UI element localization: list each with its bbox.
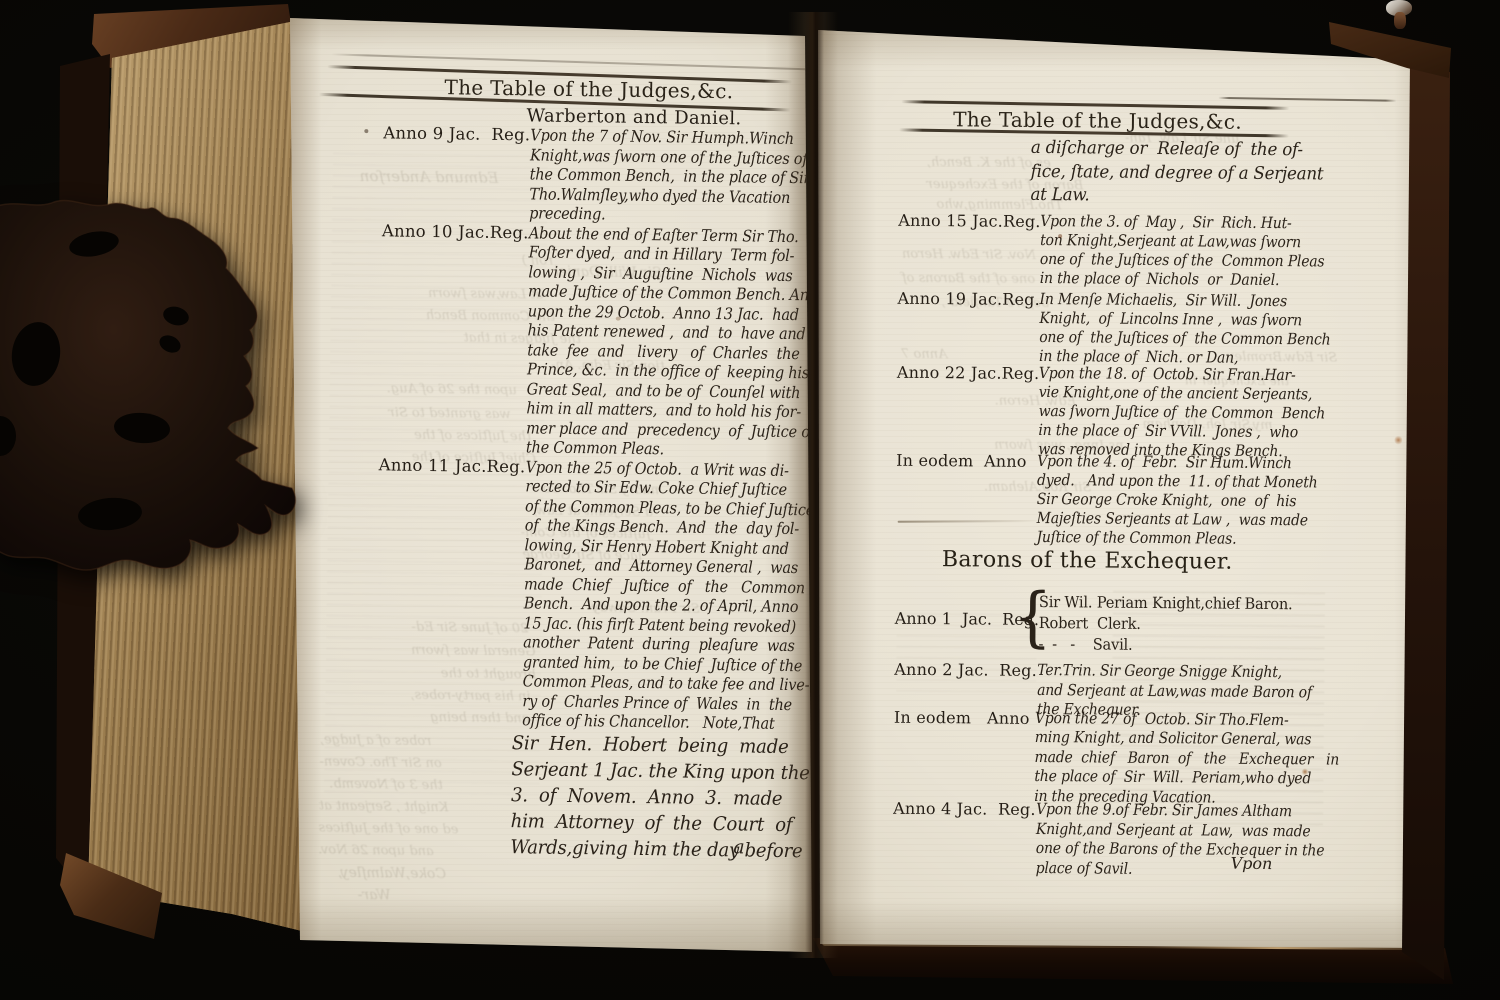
header-rule-faint bbox=[331, 53, 812, 74]
text-line: dyed. And upon the 11. of that Moneth bbox=[1037, 471, 1288, 492]
entry-label: Anno 22 Jac.Reg. bbox=[897, 363, 1040, 383]
header-rule-short bbox=[1218, 97, 1396, 102]
text-line: him Attorney of the Court of bbox=[511, 808, 771, 838]
text-line: in the place of Nichols or Daniel. bbox=[1040, 269, 1290, 290]
table-entry: Anno 9 Jac. Reg.Vpon the 7 of Nov. Sir H… bbox=[382, 123, 793, 226]
entry-lines: Vpon the 27 of Octob. Sir Tho.Flem-ming … bbox=[1034, 708, 1314, 808]
brace-lines: Sir Wil. Periam Knight,chief Baron. Robe… bbox=[1038, 592, 1308, 657]
text-line: ton Knight,Serjeant at Law,was ſworn bbox=[1040, 231, 1290, 252]
text-line: - - - Savil. bbox=[1038, 634, 1292, 657]
entry-label: Anno 10 Jac.Reg. bbox=[382, 221, 529, 243]
text-line: Vpon the 27 of Octob. Sir Tho.Flem- bbox=[1035, 708, 1286, 730]
text-line: ming Knight, and Solicitor General, was bbox=[1035, 728, 1286, 750]
catchword: a bbox=[733, 836, 745, 858]
gutter-shadow bbox=[788, 12, 838, 958]
table-entry: Anno 10 Jac.Reg.About the end of Eaſter … bbox=[379, 221, 792, 461]
entry-lines: In Menſe Michaelis, Sir Will. JonesKnigh… bbox=[1039, 290, 1317, 368]
entry-lines: Vpon the 7 of Nov. Sir Humph.WinchKnight… bbox=[529, 125, 793, 226]
text-line: Majeſties Serjeants at Law , was made bbox=[1037, 509, 1288, 530]
text-line: Vpon the 9.of Febr. Sir James Altham bbox=[1036, 800, 1286, 822]
bleedthrough-text: Coke,Walmſley, bbox=[338, 865, 446, 883]
table-entry: In eodem AnnoVpon the 27 of Octob. Sir T… bbox=[893, 707, 1314, 808]
foxing-spot bbox=[1394, 435, 1402, 445]
text-line: Robert Clerk. bbox=[1039, 613, 1293, 636]
metal-clasp bbox=[0, 188, 302, 588]
entry-label: Anno 11 Jac.Reg. bbox=[379, 455, 526, 477]
entry-lines: Vpon the 3. of May , Sir Rich. Hut-ton K… bbox=[1040, 212, 1318, 290]
left-page: Edmund Anderſonron )Sir Will. Danielat L… bbox=[290, 12, 812, 962]
text-line: at Law. bbox=[1030, 184, 1323, 210]
entry-lines: Vpon the 25 of Octob. a Writ was di-rect… bbox=[522, 457, 789, 734]
table-entry: Anno 22 Jac.Reg.Vpon the 18. of Octob. S… bbox=[896, 363, 1317, 462]
left-ghost-layer: Edmund Anderſonron )Sir Will. Danielat L… bbox=[290, 12, 812, 19]
entry-label: In eodem Anno bbox=[896, 451, 1037, 471]
text-line: a diſcharge or Releaſe of the of- bbox=[1031, 137, 1324, 163]
table-entry: Anno 15 Jac.Reg.Vpon the 3. of May , Sir… bbox=[898, 211, 1319, 291]
text-line: Sir Wil. Periam Knight,chief Baron. bbox=[1039, 592, 1293, 615]
text-line: Juſtice of the Common Pleas. bbox=[1036, 528, 1287, 549]
left-page-entries: Anno 9 Jac. Reg.Vpon the 7 of Nov. Sir H… bbox=[373, 123, 793, 863]
ink-speck bbox=[364, 129, 368, 133]
bleedthrough-text: War- bbox=[358, 887, 391, 903]
entry-label: In eodem Anno bbox=[894, 707, 1035, 727]
intro-paragraph: a diſcharge or Releaſe of the of-fice, ſ… bbox=[1030, 137, 1339, 210]
text-line: Vpon the 3. of May , Sir Rich. Hut- bbox=[1041, 212, 1291, 233]
text-line: Sir George Croke Knight, one of his bbox=[1037, 490, 1288, 511]
clasp-body bbox=[0, 200, 295, 570]
table-entry: Anno 19 Jac.Reg.In Menſe Michaelis, Sir … bbox=[897, 289, 1318, 369]
section-heading: Barons of the Exchequer. bbox=[901, 547, 1273, 575]
text-line: Serjeant 1 Jac. the King upon the bbox=[511, 756, 771, 786]
text-line: was ſworn Juſtice of the Common Bench bbox=[1039, 402, 1289, 423]
entry-lines: Vpon the 4. of Febr. Sir Hum.Winchdyed. … bbox=[1036, 452, 1316, 549]
text-line: Ter.Trin. Sir George Snigge Knight, bbox=[1037, 661, 1287, 683]
text-line: Sir Hen. Hobert being made bbox=[512, 730, 772, 760]
entry-lines: Vpon the 18. of Octob. Sir Fran.Har-vie … bbox=[1039, 364, 1317, 461]
catchword: Vpon bbox=[1231, 854, 1273, 873]
book-photograph: Edmund Anderſonron )Sir Will. Danielat L… bbox=[0, 0, 1500, 1000]
table-entry: In eodem AnnoVpon the 4. of Febr. Sir Hu… bbox=[895, 451, 1316, 550]
right-page-entries-judges: Anno 15 Jac.Reg.Vpon the 3. of May , Sir… bbox=[895, 211, 1318, 550]
text-line: In Menſe Michaelis, Sir Will. Jones bbox=[1040, 290, 1290, 311]
text-line: one of the Juſtices of the Common Bench bbox=[1040, 328, 1290, 349]
right-page: une Sir Law. Tan-es of the K. Bench,Baro… bbox=[814, 22, 1438, 956]
text-line: Vpon the 4. of Febr. Sir Hum.Winch bbox=[1037, 452, 1288, 473]
text-line: in the place of Sir VVill. Jones , who bbox=[1039, 421, 1289, 442]
text-line: and Serjeant at Law,was made Baron of bbox=[1037, 680, 1287, 702]
metal-pin-stem bbox=[1394, 12, 1406, 29]
left-page-content: Edmund Anderſonron )Sir Will. Danielat L… bbox=[290, 12, 812, 962]
entry-label: Anno 15 Jac.Reg. bbox=[898, 211, 1041, 231]
text-line: vie Knight,one of the ancient Serjeants, bbox=[1039, 383, 1289, 404]
text-line: one of the Juſtices of the Common Pleas bbox=[1040, 250, 1290, 271]
entry-label: Anno 2 Jac. Reg. bbox=[894, 660, 1037, 680]
text-line: the place of Sir Will. Periam,who dyed bbox=[1034, 767, 1285, 789]
entry-lines: About the end of Eaſter Term Sir Tho.Foſ… bbox=[526, 223, 793, 461]
text-line: Knight,and Serjeant at Law, was made bbox=[1035, 819, 1285, 841]
text-line: Wards,giving him the day before bbox=[510, 834, 770, 864]
brace-entry: Anno 1 Jac. Reg. { Sir Wil. Periam Knigh… bbox=[894, 589, 1315, 663]
entry-label: Anno 9 Jac. Reg. bbox=[383, 123, 530, 145]
ink-speck bbox=[1058, 234, 1062, 238]
text-line: made chief Baron of the Exchequer in bbox=[1035, 747, 1286, 769]
entry-label: Anno 19 Jac.Reg. bbox=[898, 289, 1041, 309]
entry-label: Anno 4 Jac. Reg. bbox=[893, 799, 1036, 819]
text-line: Vpon the 18. of Octob. Sir Fran.Har- bbox=[1039, 364, 1289, 385]
text-line: Knight, of Lincolns Inne , was ſworn bbox=[1040, 309, 1290, 330]
foxing-spot bbox=[616, 317, 621, 321]
text-line: 3. of Novem. Anno 3. made bbox=[511, 782, 771, 812]
table-entry: Sir Hen. Hobert being madeSerjeant 1 Jac… bbox=[373, 728, 785, 864]
table-entry: Anno 11 Jac.Reg.Vpon the 25 of Octob. a … bbox=[375, 455, 789, 734]
right-page-content: une Sir Law. Tan-es of the K. Bench,Baro… bbox=[814, 22, 1438, 956]
right-page-entries-barons: Anno 2 Jac. Reg.Ter.Trin. Sir George Sni… bbox=[893, 660, 1315, 881]
text-line: fice, ſtate, and degree of a Serjeant bbox=[1031, 160, 1324, 186]
foxing-spot bbox=[1301, 768, 1308, 775]
